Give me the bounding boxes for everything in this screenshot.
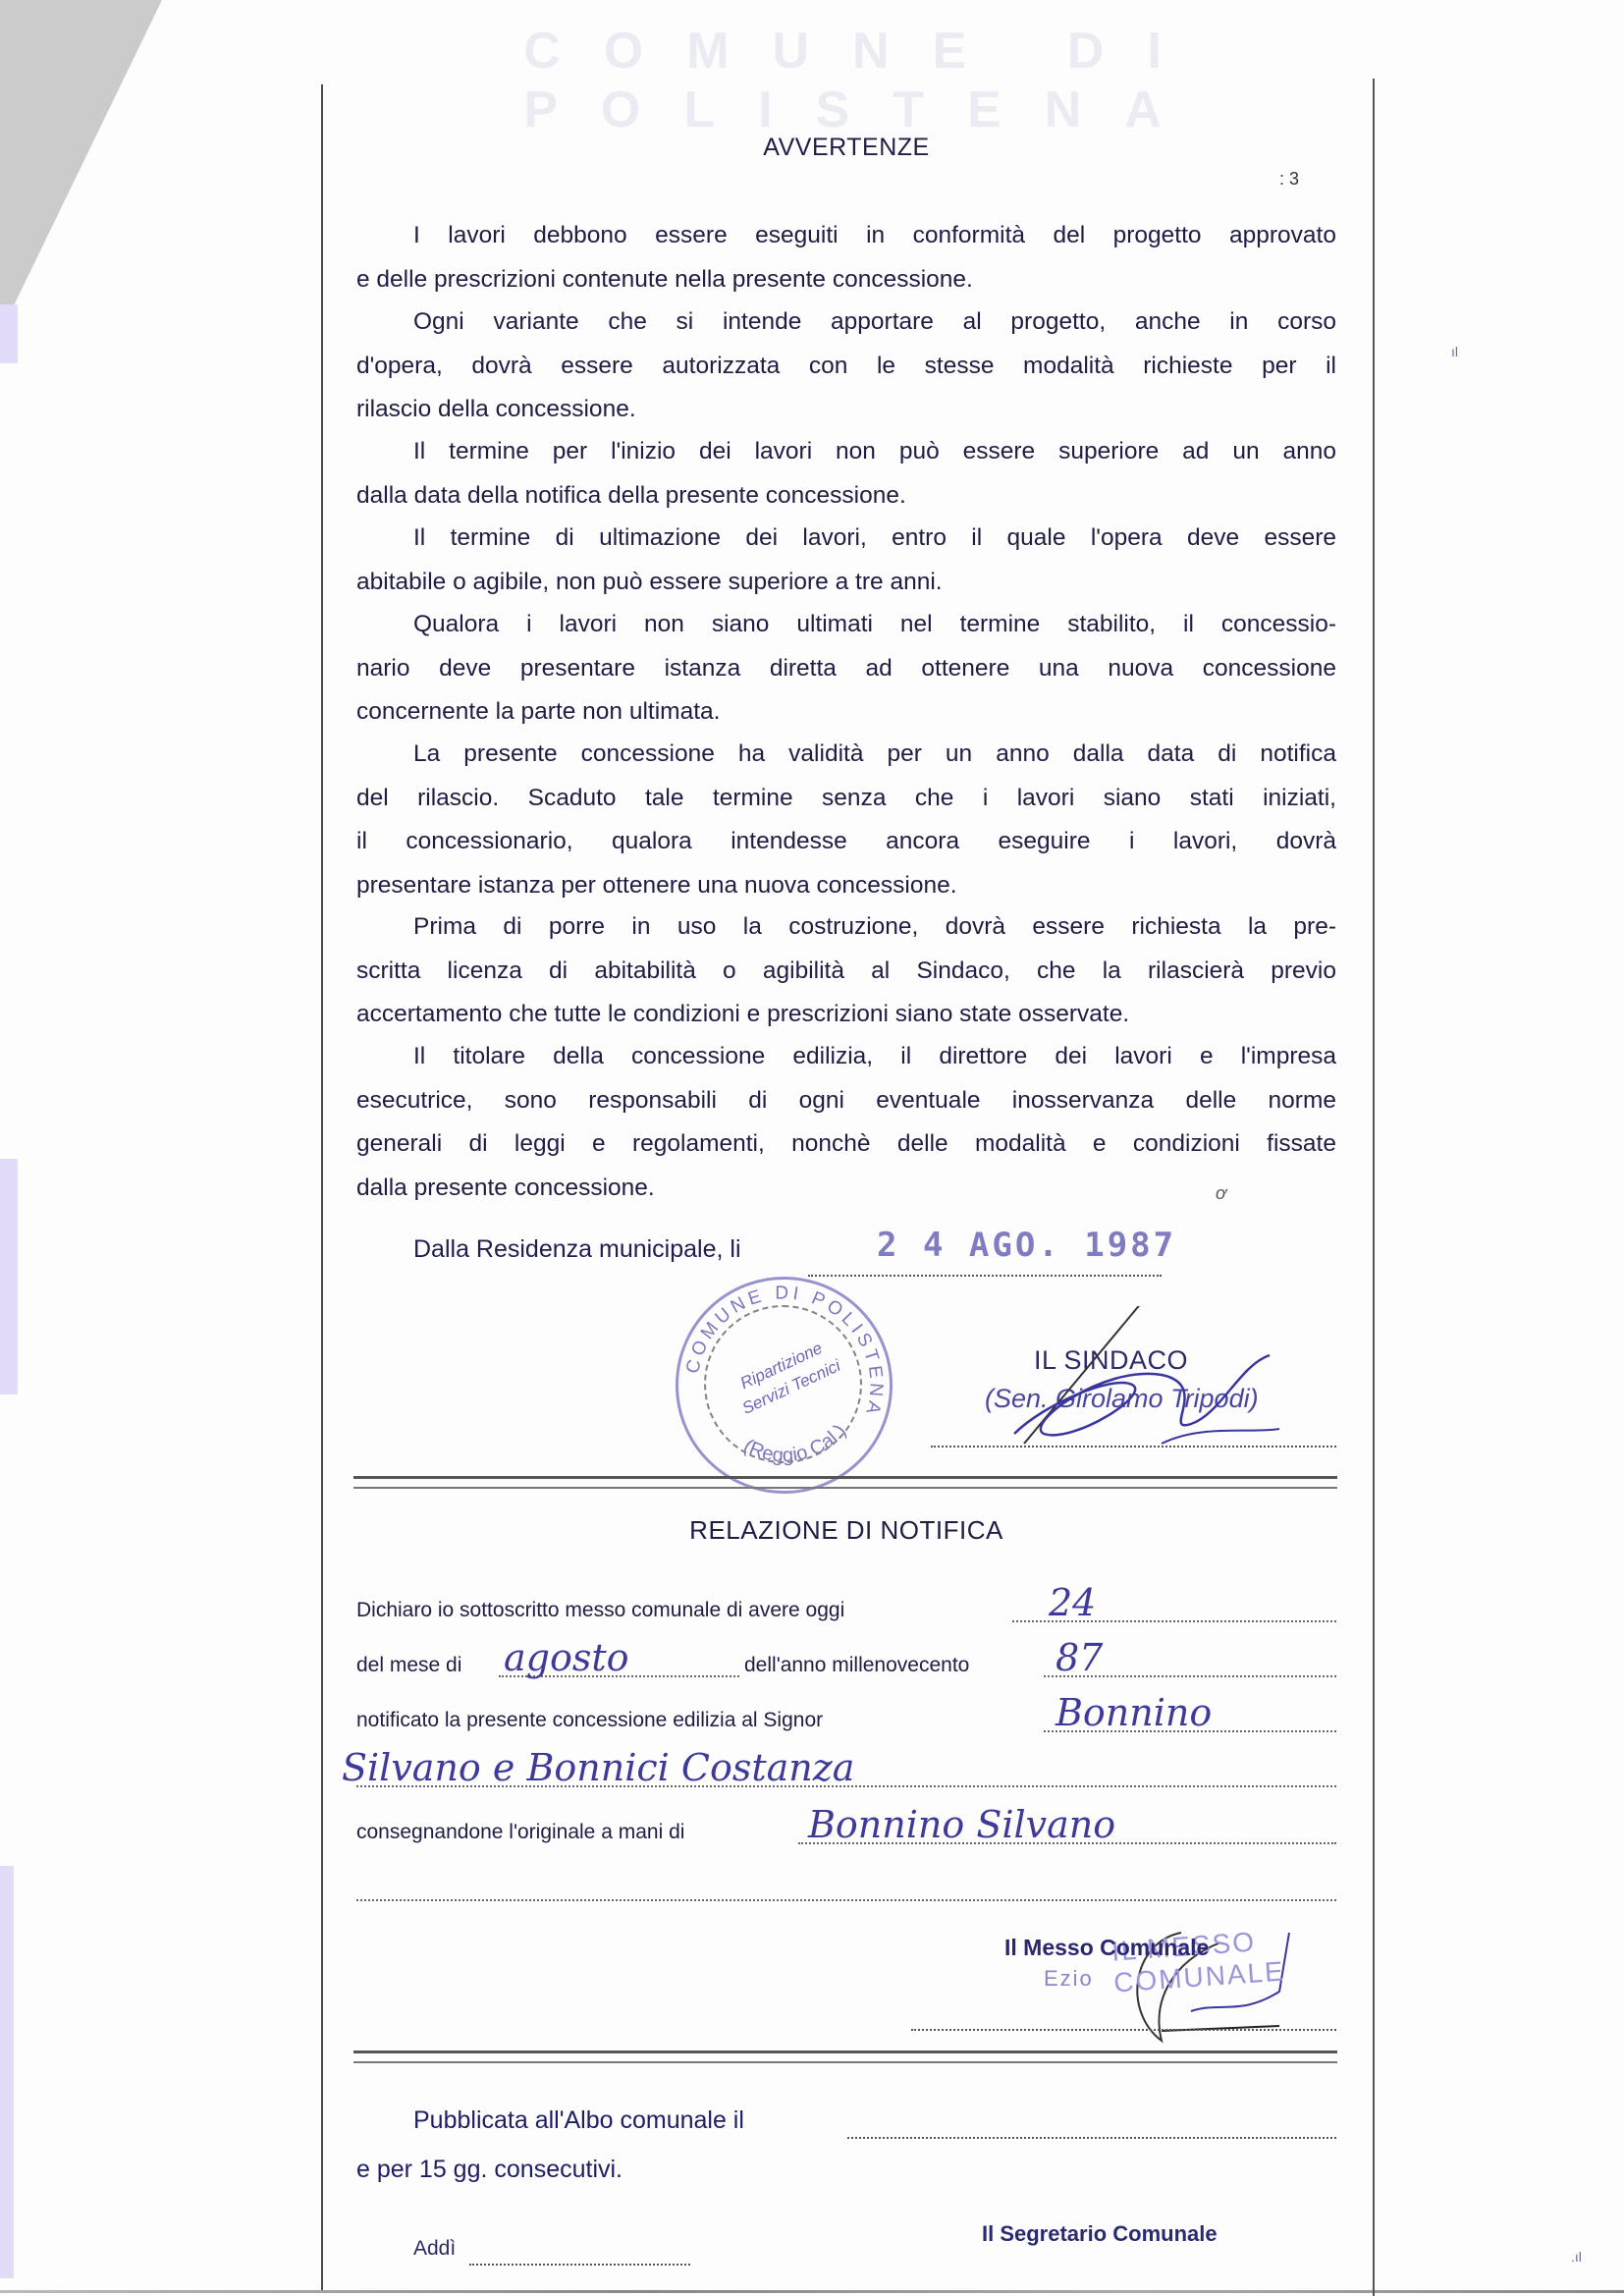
avvertenza-paragraph: I lavori debbono essere eseguiti in conf…: [356, 214, 1336, 301]
avvertenza-paragraph: La presente concessione ha validità per …: [356, 733, 1336, 907]
pubblicazione-duration: e per 15 gg. consecutivi.: [356, 2156, 623, 2184]
paragraph-line: esecutrice, sono responsabili di ogni ev…: [299, 1079, 1336, 1123]
paragraph-line: Il termine per l'inizio dei lavori non p…: [356, 430, 1336, 474]
paragraph-line: Prima di porre in uso la costruzione, do…: [356, 905, 1336, 950]
notifica-month-value: agosto: [504, 1636, 629, 1679]
avvertenza-paragraph: Il termine di ultimazione dei lavori, en…: [356, 517, 1336, 604]
pubblicazione-label: Pubblicata all'Albo comunale il: [413, 2106, 744, 2135]
paragraph-line: Ogni variante che si intende apportare a…: [356, 301, 1336, 345]
paragraph-line: dalla data della notifica della presente…: [299, 474, 1336, 519]
notifica-year-value: 87: [1056, 1636, 1103, 1679]
stray-mark: ơ: [1216, 1183, 1226, 1204]
notifica-recipient-value: Bonnino: [1056, 1691, 1212, 1734]
residenza-date-field[interactable]: [808, 1275, 1162, 1277]
avvertenza-paragraph: Prima di porre in uso la costruzione, do…: [356, 905, 1336, 1037]
notifica-recipient-row: notificato la presente concessione edili…: [356, 1701, 1336, 1736]
paragraph-line: abitabile o agibile, non può essere supe…: [299, 561, 1336, 605]
date-stamp: 2 4 AGO. 1987: [877, 1226, 1176, 1265]
notifica-recipient-label: notificato la presente concessione edili…: [356, 1709, 823, 1732]
paragraph-line: concernente la parte non ultimata.: [299, 690, 1336, 735]
avvertenza-paragraph: Qualora i lavori non siano ultimati nel …: [356, 603, 1336, 735]
notifica-delivery-row: consegnandone l'originale a mani di Bonn…: [356, 1813, 1336, 1848]
notifica-recipient-value-2: Silvano e Bonnici Costanza: [342, 1746, 854, 1789]
page-title: AVVERTENZE: [356, 134, 1336, 162]
notifica-day-row: Dichiaro io sottoscritto messo comunale …: [356, 1591, 1336, 1626]
paragraph-line: rilascio della concessione.: [299, 388, 1336, 432]
messo-stamp-sub: Ezio: [1044, 1966, 1094, 1992]
paragraph-line: generali di leggi e regolamenti, nonchè …: [299, 1122, 1336, 1167]
margin-mark: ıl: [1451, 344, 1458, 359]
notifica-month-year-row: del mese di agosto dell'anno millenovece…: [356, 1646, 1336, 1681]
section-divider: [353, 1476, 1337, 1489]
header-ghost-text: COMUNE DI POLISTENA: [422, 22, 1306, 139]
messo-signature-line: [911, 2029, 1336, 2031]
notifica-year-label: dell'anno millenovecento: [744, 1654, 969, 1677]
paragraph-line: Il titolare della concessione edilizia, …: [356, 1035, 1336, 1079]
page-frame-right: [1373, 79, 1375, 2296]
scan-speck: [0, 304, 18, 363]
paragraph-line: scritta licenza di abitabilità o agibili…: [299, 950, 1336, 994]
paragraph-line: Il termine di ultimazione dei lavori, en…: [356, 517, 1336, 561]
notifica-extra-row: [356, 1870, 1336, 1905]
addi-date-field[interactable]: [469, 2264, 690, 2266]
scan-bottom-edge: [0, 2290, 1624, 2293]
paragraph-line: nario deve presentare istanza diretta ad…: [299, 647, 1336, 691]
paragraph-line: dalla presente concessione.: [299, 1167, 1336, 1211]
margin-mark: .ıl: [1571, 2249, 1582, 2265]
notifica-recipient-row-2: Silvano e Bonnici Costanza: [356, 1756, 1336, 1791]
scan-folded-corner: [0, 0, 162, 334]
pubblicazione-date-field[interactable]: [847, 2137, 1336, 2139]
notifica-day-value: 24: [1049, 1581, 1096, 1624]
sindaco-signature-line: [931, 1446, 1336, 1448]
notifica-delivery-value: Bonnino Silvano: [808, 1803, 1115, 1846]
paragraph-line: il concessionario, qualora intendesse an…: [299, 820, 1336, 864]
scan-speck: [0, 1159, 18, 1394]
sindaco-signature-block: IL SINDACO (Sen. Girolamo Tripodi): [985, 1345, 1309, 1414]
notifica-month-label: del mese di: [356, 1654, 461, 1677]
notifica-title: RELAZIONE DI NOTIFICA: [356, 1515, 1336, 1546]
paragraph-line: I lavori debbono essere eseguiti in conf…: [356, 214, 1336, 258]
notifica-day-label: Dichiaro io sottoscritto messo comunale …: [356, 1599, 844, 1622]
paragraph-line: del rilascio. Scaduto tale termine senza…: [299, 777, 1336, 821]
paragraph-line: accertamento che tutte le condizioni e p…: [299, 993, 1336, 1037]
official-stamp: COMUNE DI POLISTENA (Reggio Cal.) Ripart…: [676, 1277, 893, 1494]
messo-label: Il Messo Comunale: [1004, 1935, 1209, 1961]
segretario-label: Il Segretario Comunale: [982, 2221, 1218, 2247]
notifica-extra-field[interactable]: [356, 1899, 1336, 1901]
page-mark: : 3: [1279, 169, 1299, 190]
paragraph-line: La presente concessione ha validità per …: [356, 733, 1336, 777]
avvertenza-paragraph: Il titolare della concessione edilizia, …: [356, 1035, 1336, 1210]
paragraph-line: e delle prescrizioni contenute nella pre…: [299, 258, 1336, 302]
avvertenza-paragraph: Il termine per l'inizio dei lavori non p…: [356, 430, 1336, 518]
messo-signature-block: IL MESSO COMUNALE Il Messo Comunale Ezio: [975, 1933, 1328, 2041]
paragraph-line: presentare istanza per ottenere una nuov…: [299, 864, 1336, 908]
notifica-delivery-label: consegnandone l'originale a mani di: [356, 1821, 684, 1844]
section-divider: [353, 2050, 1337, 2063]
paragraph-line: d'opera, dovrà essere autorizzata con le…: [299, 345, 1336, 389]
sindaco-signature: [985, 1306, 1338, 1453]
scan-speck: [0, 1866, 14, 2278]
avvertenza-paragraph: Ogni variante che si intende apportare a…: [356, 301, 1336, 432]
residenza-label: Dalla Residenza municipale, li: [413, 1235, 741, 1264]
paragraph-line: Qualora i lavori non siano ultimati nel …: [356, 603, 1336, 647]
addi-label: Addì: [413, 2237, 456, 2261]
